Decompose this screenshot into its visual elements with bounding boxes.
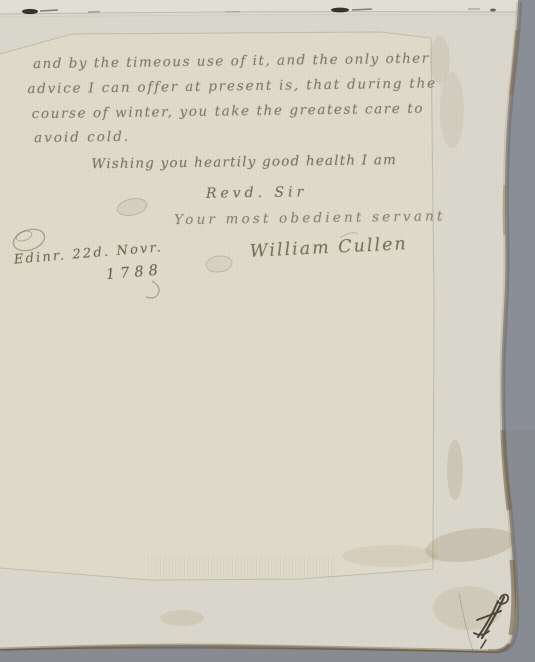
photo-frame: and by the timeous use of it, and the on… bbox=[0, 0, 535, 662]
manuscript-photo bbox=[0, 0, 535, 662]
inner-leaf-tint bbox=[0, 32, 434, 580]
